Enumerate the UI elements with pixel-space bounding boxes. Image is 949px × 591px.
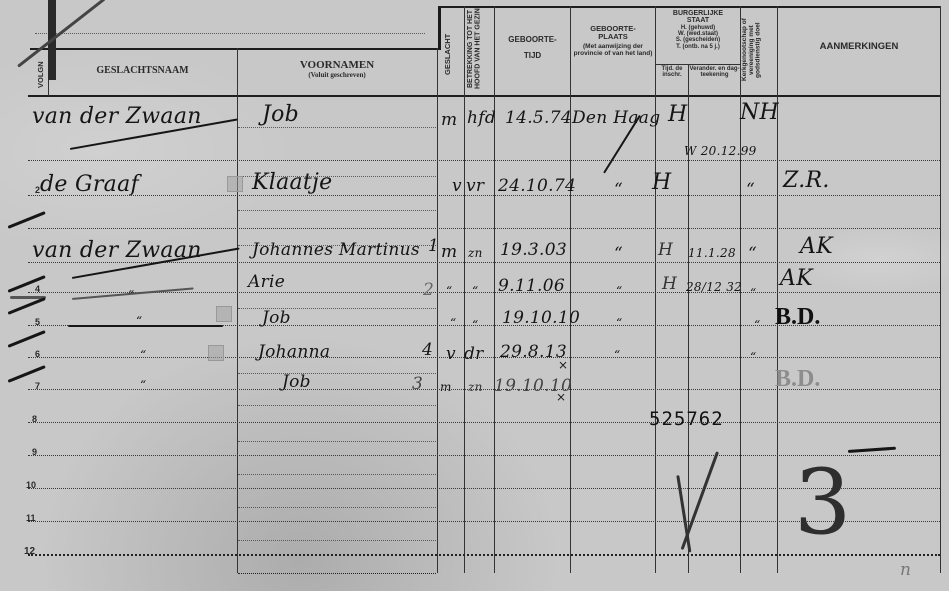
row2-relation: vr	[466, 176, 484, 196]
header-voornamen: VOORNAMEN (Voluit geschreven)	[238, 60, 436, 79]
row4-remarks: AK	[780, 266, 813, 291]
col-divider	[437, 48, 438, 573]
col-divider	[688, 64, 689, 573]
row5-sex: “	[450, 316, 456, 330]
row5-remarks-stamp: B.D.	[775, 304, 820, 331]
header-tijd-inschr: Tijd. de inschr.	[656, 66, 688, 79]
half-row-line	[238, 507, 436, 508]
row5-church: “	[754, 318, 760, 332]
header-step-rule	[438, 6, 441, 50]
row3-change: 11.1.28	[688, 246, 736, 260]
row4-church: “	[750, 286, 756, 300]
row5-surname: “	[136, 314, 142, 328]
header-geboorteplaats-sub: (Met aanwijzing der provincie of van het…	[572, 44, 654, 58]
header-geboorteplaats-2: PLAATS	[572, 33, 654, 41]
row5-birth-place: “	[616, 316, 622, 330]
serial-number: 525762	[649, 408, 724, 430]
row1-birth-place: Den Haag	[572, 108, 660, 128]
ghost-square	[227, 176, 243, 192]
row4-civil: H	[662, 274, 677, 294]
row6-church: “	[750, 350, 756, 364]
row6-relation: dr	[464, 344, 484, 364]
header-verander: Verander. en dag-teekening	[689, 66, 740, 79]
row7-x-mark: ×	[556, 390, 566, 404]
row1-given: Job	[262, 102, 299, 127]
header-burgerlijke-staat: BURGERLIJKE STAAT H. (gehuwd) W. (wed.st…	[656, 10, 740, 50]
row7-remarks-stamp: B.D.	[775, 366, 820, 393]
row-number: 10	[26, 480, 36, 490]
row1-relation: hfd	[467, 108, 496, 128]
row2-change: W 20.12.99	[684, 144, 757, 158]
row-number: 7	[35, 381, 40, 391]
header-bottom-rule	[28, 95, 941, 97]
row-number: 6	[35, 349, 40, 359]
header-aanmerkingen: AANMERKINGEN	[778, 42, 940, 52]
corner-mark: n	[900, 560, 911, 580]
row5-given: Job	[262, 308, 291, 328]
row2-given: Klaatje	[252, 170, 333, 195]
row6-birth-date: 29.8.13	[500, 342, 567, 362]
half-row-line	[238, 127, 436, 128]
burg-staat-sub-rule	[655, 64, 740, 65]
row-number: 8	[32, 414, 37, 424]
ghost-square	[208, 345, 224, 361]
row2-surname: de Graaf	[40, 172, 139, 197]
header-geboortetijd-1: GEBOORTE-	[495, 36, 570, 44]
row6-birth-place: “	[614, 348, 620, 362]
row7-relation: zn	[468, 380, 483, 394]
half-row-line	[238, 573, 436, 574]
row4-birth-date: 9.11.06	[498, 276, 565, 296]
row1-church: NH	[740, 100, 779, 125]
row5-relation: “	[472, 318, 478, 332]
half-row-line	[238, 373, 436, 374]
row5-birth-date: 19.10.10	[502, 308, 580, 328]
row6-surname: “	[140, 348, 146, 362]
row1-sex: m	[441, 110, 457, 130]
row2-remarks: Z.R.	[783, 168, 830, 193]
row4-birth-place: “	[616, 284, 622, 298]
row3-civil: H	[658, 240, 673, 260]
row3-relation: zn	[468, 246, 483, 260]
half-row-line	[238, 474, 436, 475]
header-geboortetijd-2: TIJD	[495, 52, 570, 60]
row2-church: “	[746, 180, 755, 200]
row-number: 11	[26, 513, 36, 523]
header-geboorteplaats: GEBOORTE- PLAATS (Met aanwijzing der pro…	[572, 25, 654, 57]
header-top-right-rule	[438, 6, 941, 8]
row-number: 9	[32, 447, 37, 457]
row2-birth-place: “	[614, 180, 623, 200]
row3-birth-date: 19.3.03	[500, 240, 567, 260]
row4-relation: “	[472, 284, 478, 298]
row3-seq: 1	[428, 236, 439, 256]
row4-seq: 2	[423, 280, 434, 300]
header-bs-t: T. (ontb. na 5 j.)	[656, 44, 740, 50]
half-row-line	[238, 441, 436, 442]
row3-sex: m	[441, 242, 457, 262]
header-geslacht: GESLACHT	[444, 22, 452, 86]
row4-given: Arie	[248, 272, 285, 292]
margin-strike	[8, 211, 46, 228]
big-handwritten-number: 3	[794, 450, 852, 555]
row-line	[28, 228, 940, 229]
row4-surname: “	[128, 288, 134, 302]
half-row-line	[238, 210, 436, 211]
row3-given: Johannes Martinus	[252, 240, 420, 260]
row1-surname: van der Zwaan	[32, 104, 202, 129]
row4-sex: “	[446, 284, 452, 298]
header-top-left-rule	[30, 48, 440, 50]
row1-birth-date: 14.5.74	[505, 108, 572, 128]
header-voornamen-label: VOORNAMEN	[300, 59, 374, 71]
header-bs-1: BURGERLIJKE	[656, 10, 740, 17]
ditto-stroke	[68, 325, 223, 327]
margin-strike	[8, 297, 46, 314]
header-kerkgenootschap: Kerkgenootschap of vereeniging met godsd…	[742, 8, 776, 92]
header-betrekking: BETREKKING TOT HET HOOFD VAN HET GEZIN	[467, 8, 493, 90]
header-geslachtsnaam: GESLACHTSNAAM	[50, 66, 235, 77]
row7-seq: 3	[412, 374, 423, 394]
row7-surname: “	[140, 378, 146, 392]
row7-sex: m	[440, 380, 452, 394]
row6-seq: 4	[422, 340, 433, 360]
ghost-square	[216, 306, 232, 322]
half-row-line	[238, 540, 436, 541]
row6-given: Johanna	[258, 342, 330, 362]
row-number: 5	[35, 317, 40, 327]
row3-church: “	[748, 244, 757, 264]
header-geboortetijd: GEBOORTE- TIJD	[495, 36, 570, 61]
card-right-edge	[940, 6, 941, 573]
margin-strike	[8, 330, 46, 347]
row6-x-mark: ×	[558, 358, 568, 372]
row3-remarks: AK	[800, 234, 833, 259]
header-bs-2: STAAT	[656, 17, 740, 24]
row3-birth-place: “	[614, 244, 623, 264]
half-row-line	[238, 405, 436, 406]
row7-given: Job	[282, 372, 311, 392]
row1-civil: H	[668, 102, 688, 127]
row2-civil: H	[652, 170, 672, 195]
header-dotted-line	[35, 33, 425, 34]
row-line	[28, 422, 940, 423]
row4-change: 28/12 32	[686, 280, 742, 294]
row-line	[28, 357, 940, 358]
row2-birth-date: 24.10.74	[498, 176, 576, 196]
row-line	[28, 160, 940, 161]
row-line	[28, 292, 940, 293]
tilde-mark	[848, 447, 896, 453]
margin-strike	[8, 365, 46, 382]
row-number: 12	[24, 546, 35, 557]
row6-sex: v	[446, 344, 456, 364]
row-number: 4	[35, 284, 40, 294]
header-volgnummer: VOLGN	[37, 58, 45, 92]
registry-card: VOLGN GESLACHTSNAAM VOORNAMEN (Voluit ge…	[0, 0, 949, 591]
row2-sex: v	[452, 176, 462, 196]
header-voornamen-sub: (Voluit geschreven)	[238, 72, 436, 79]
